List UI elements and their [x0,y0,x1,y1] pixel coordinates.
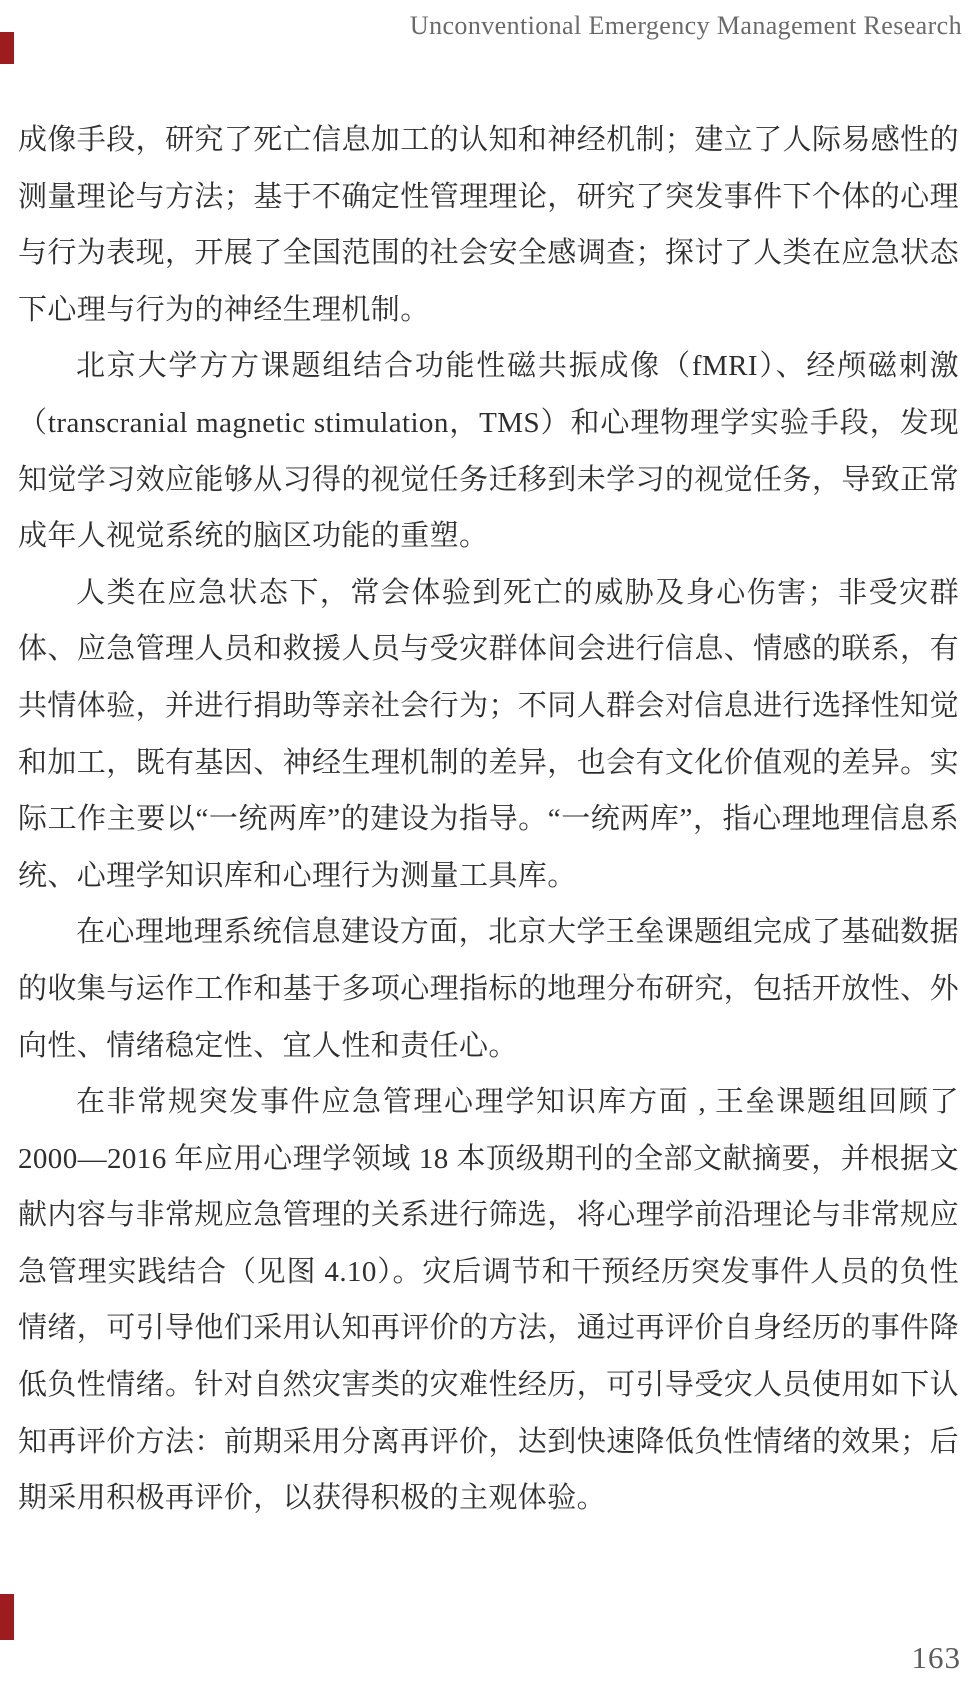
paragraph: 北京大学方方课题组结合功能性磁共振成像（fMRI）、经颅磁刺激（transcra… [18,338,959,564]
red-edge-mark-bottom [0,1594,14,1640]
paragraph: 在心理地理系统信息建设方面，北京大学王垒课题组完成了基础数据的收集与运作工作和基… [18,904,959,1074]
paragraph: 成像手段，研究了死亡信息加工的认知和神经机制；建立了人际易感性的测量理论与方法；… [18,112,959,338]
page-number: 163 [912,1640,962,1676]
paragraph: 人类在应急状态下，常会体验到死亡的威胁及身心伤害；非受灾群体、应急管理人员和救援… [18,565,959,905]
paragraph: 在非常规突发事件应急管理心理学知识库方面 , 王垒课题组回顾了 2000—201… [18,1074,959,1527]
red-edge-mark-top [0,32,14,64]
book-page: Unconventional Emergency Management Rese… [0,0,977,1681]
running-head: Unconventional Emergency Management Rese… [0,11,962,41]
body-text: 成像手段，研究了死亡信息加工的认知和神经机制；建立了人际易感性的测量理论与方法；… [18,112,959,1527]
